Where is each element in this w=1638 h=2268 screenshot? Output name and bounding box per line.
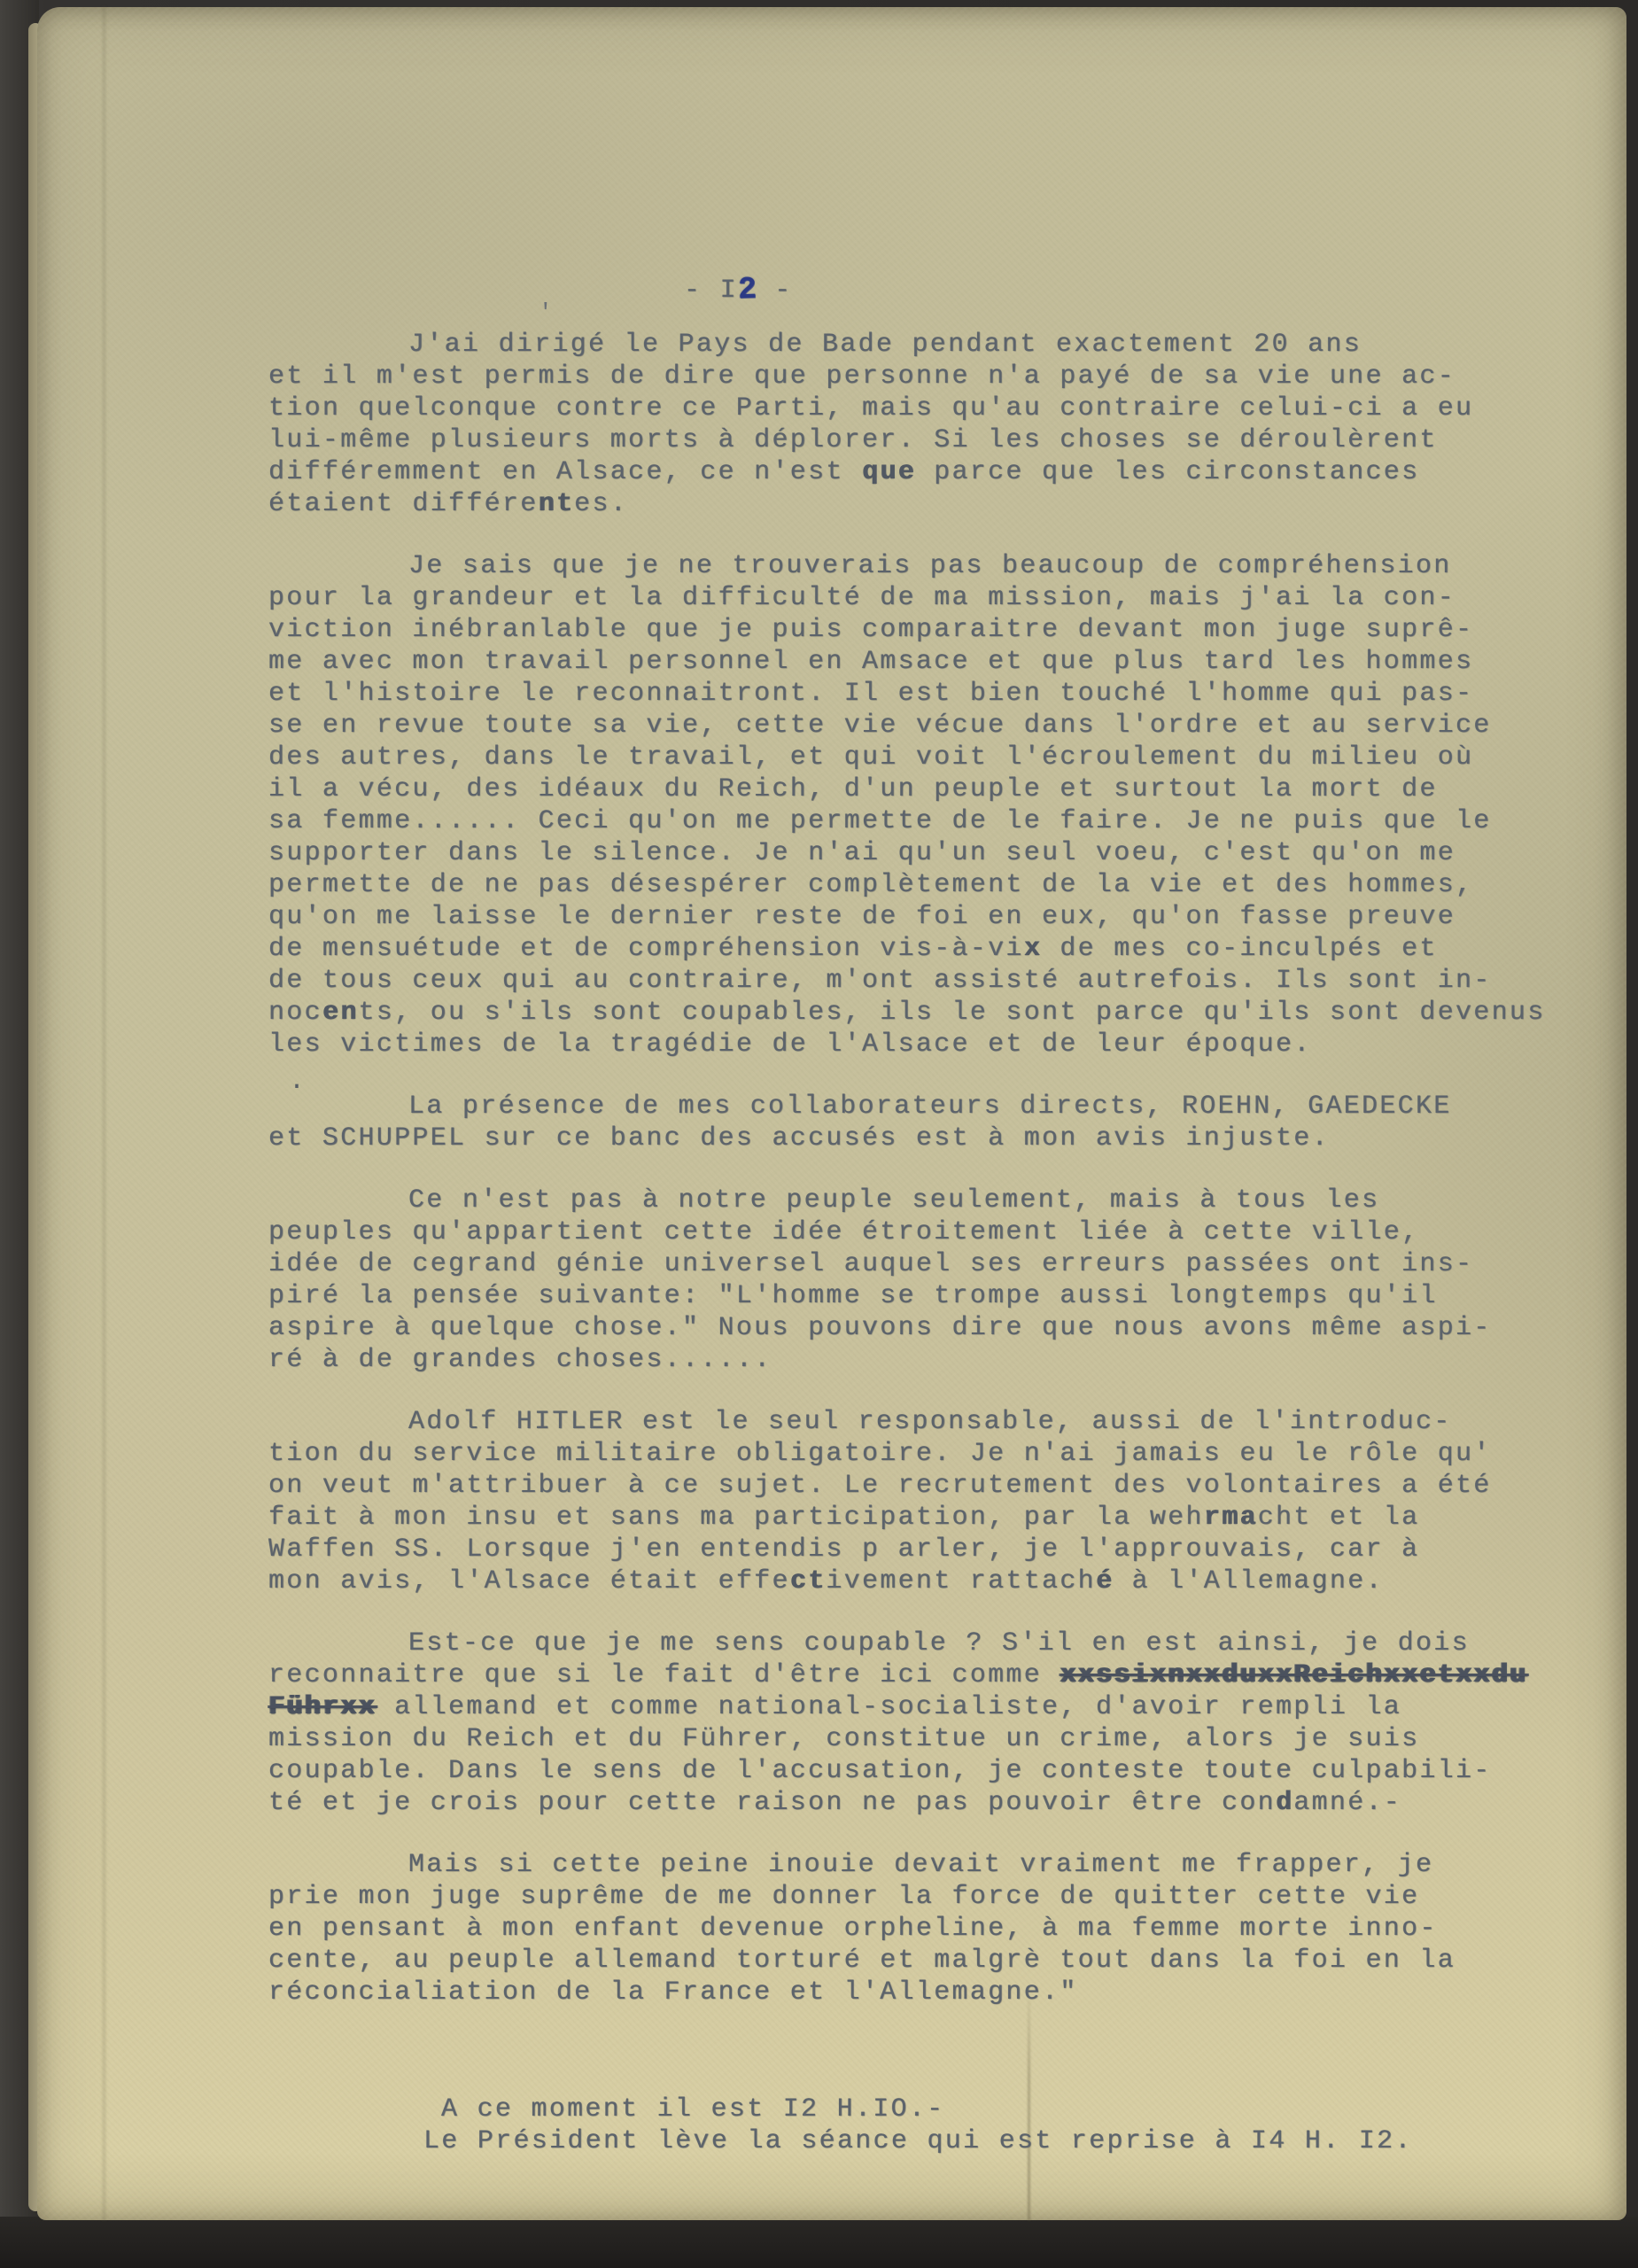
stray-comma-mark: ' <box>539 299 553 326</box>
overtyped-dark-text: d <box>1276 1788 1293 1818</box>
text-line: sa femme...... Ceci qu'on me permette de… <box>268 806 1597 838</box>
page-number-typed-suffix: - <box>757 276 793 306</box>
text-line: il a vécu, des idéaux du Reich, d'un peu… <box>268 774 1597 806</box>
paragraph: Je sais que je ne trouverais pas beaucou… <box>268 551 1597 1061</box>
text-line: idée de cegrand génie universel auquel s… <box>268 1249 1597 1281</box>
text-line: Waffen SS. Lorsque j'en entendis p arler… <box>268 1534 1597 1566</box>
text-line: mon avis, l'Alsace était effectivement r… <box>268 1566 1597 1598</box>
text-line: supporter dans le silence. Je n'ai qu'un… <box>268 838 1597 870</box>
text-line: étaient différentes. <box>268 489 1597 521</box>
text-line: Ce n'est pas à notre peuple seulement, m… <box>268 1185 1597 1217</box>
text-line: coupable. Dans le sens de l'accusation, … <box>268 1756 1597 1788</box>
text-line: piré la pensée suivante: "L'homme se tro… <box>268 1281 1597 1313</box>
text-line: Mais si cette peine inouie devait vraime… <box>268 1850 1597 1882</box>
text-line: permette de ne pas désespérer complèteme… <box>268 870 1597 902</box>
text-line: Je sais que je ne trouverais pas beaucou… <box>268 551 1597 583</box>
scanned-document-photo: - I2 - ' . J'ai dirigé le Pays de Bade p… <box>0 0 1638 2268</box>
footer-timestamp-line: Le Président lève la séance qui est repr… <box>423 2126 1413 2158</box>
text-line: différemment en Alsace, ce n'est que par… <box>268 457 1597 489</box>
text-line: viction inébranlable que je puis compara… <box>268 615 1597 647</box>
paragraph: Ce n'est pas à notre peuple seulement, m… <box>268 1185 1597 1377</box>
footer-timestamp-line: A ce moment il est I2 H.IO.- <box>423 2094 1413 2126</box>
page-number: - I2 - <box>684 271 793 307</box>
paragraph: Adolf HITLER est le seul responsable, au… <box>268 1407 1597 1598</box>
overtyped-dark-text: ct <box>790 1566 827 1596</box>
text-line: se en revue toute sa vie, cette vie vécu… <box>268 711 1597 742</box>
text-line: des autres, dans le travail, et qui voit… <box>268 742 1597 774</box>
overtyped-dark-text: é <box>1096 1566 1114 1596</box>
paper-left-fold-line <box>103 7 105 2220</box>
paragraph: Mais si cette peine inouie devait vraime… <box>268 1850 1597 2009</box>
text-line: réconcialiation de la France et l'Allema… <box>268 1977 1597 2009</box>
text-line: me avec mon travail personnel en Amsace … <box>268 647 1597 679</box>
scan-background-bottom <box>0 2217 1638 2268</box>
text-line: en pensant à mon enfant devenue orphelin… <box>268 1914 1597 1946</box>
text-line: cente, au peuple allemand torturé et mal… <box>268 1946 1597 1977</box>
typed-over-strike-text: Führxx <box>268 1692 377 1722</box>
text-line: pour la grandeur et la difficulté de ma … <box>268 583 1597 615</box>
overtyped-dark-text: en <box>322 998 359 1028</box>
text-line: reconnaitre que si le fait d'être ici co… <box>268 1660 1597 1692</box>
text-line: lui-même plusieurs morts à déplorer. Si … <box>268 425 1597 457</box>
text-line: les victimes de la tragédie de l'Alsace … <box>268 1029 1597 1061</box>
text-line: Est-ce que je me sens coupable ? S'il en… <box>268 1628 1597 1660</box>
overtyped-dark-text: rma <box>1204 1503 1258 1533</box>
text-line: de mensuétude et de compréhension vis-à-… <box>268 934 1597 966</box>
page-number-typed-prefix: - I <box>684 276 738 306</box>
text-line: ré à de grandes choses...... <box>268 1345 1597 1377</box>
text-line: et l'histoire le reconnaitront. Il est b… <box>268 679 1597 711</box>
text-line: et il m'est permis de dire que personne … <box>268 361 1597 393</box>
text-line: qu'on me laisse le dernier reste de foi … <box>268 902 1597 934</box>
paragraph: Est-ce que je me sens coupable ? S'il en… <box>268 1628 1597 1820</box>
text-line: tion quelconque contre ce Parti, mais qu… <box>268 393 1597 425</box>
page-number-ink-overwrite: 2 <box>737 272 757 308</box>
text-line: tion du service militaire obligatoire. J… <box>268 1439 1597 1471</box>
text-line: peuples qu'appartient cette idée étroite… <box>268 1217 1597 1249</box>
text-line: et SCHUPPEL sur ce banc des accusés est … <box>268 1123 1597 1155</box>
text-line: Führxx allemand et comme national-social… <box>268 1692 1597 1724</box>
overtyped-dark-text: nt <box>539 489 575 519</box>
paragraph: La présence de mes collaborateurs direct… <box>268 1091 1597 1155</box>
text-line: prie mon juge suprême de me donner la fo… <box>268 1882 1597 1914</box>
overtyped-dark-text: x <box>1024 934 1042 964</box>
text-line: J'ai dirigé le Pays de Bade pendant exac… <box>268 330 1597 361</box>
text-line: Adolf HITLER est le seul responsable, au… <box>268 1407 1597 1439</box>
text-line: nocents, ou s'ils sont coupables, ils le… <box>268 998 1597 1029</box>
text-line: La présence de mes collaborateurs direct… <box>268 1091 1597 1123</box>
overtyped-dark-text: que <box>862 457 916 487</box>
document-body: J'ai dirigé le Pays de Bade pendant exac… <box>268 330 1597 2039</box>
session-time-note: A ce moment il est I2 H.IO.- Le Présiden… <box>423 2094 1413 2158</box>
text-line: mission du Reich et du Führer, constitue… <box>268 1724 1597 1756</box>
paragraph: J'ai dirigé le Pays de Bade pendant exac… <box>268 330 1597 521</box>
text-line: fait à mon insu et sans ma participation… <box>268 1503 1597 1534</box>
text-line: on veut m'attribuer à ce sujet. Le recru… <box>268 1471 1597 1503</box>
text-line: aspire à quelque chose." Nous pouvons di… <box>268 1313 1597 1345</box>
text-line: de tous ceux qui au contraire, m'ont ass… <box>268 966 1597 998</box>
typed-over-strike-text: xxssixnxxduxxReichxxetxxdu <box>1060 1660 1527 1690</box>
text-line: té et je crois pour cette raison ne pas … <box>268 1788 1597 1820</box>
